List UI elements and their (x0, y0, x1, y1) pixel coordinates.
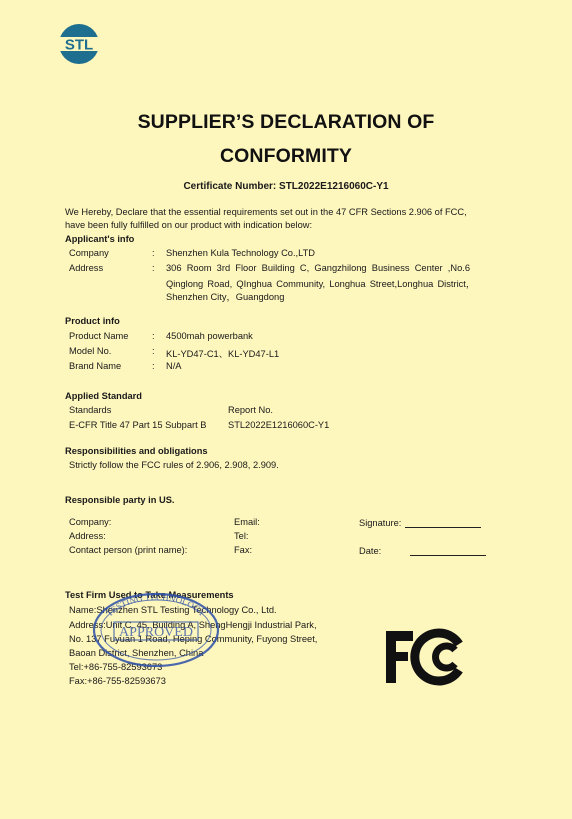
intro-line2: have been fully fulfilled on our product… (65, 219, 312, 232)
responsibilities-heading: Responsibilities and obligations (65, 445, 208, 458)
applicant-address-line2: Qinglong Road, QInghua Community, Longhu… (166, 276, 475, 290)
party-email-label: Email: (234, 517, 260, 527)
party-contact-label: Contact person (print name): (69, 545, 187, 555)
date-line (410, 545, 486, 556)
standards-header: Standards (69, 405, 111, 415)
document-title-line2: CONFORMITY (0, 145, 572, 168)
model-label: Model No. (69, 346, 111, 356)
test-firm-fax: Fax:+86-755-82593673 (69, 676, 166, 686)
standard-value: E-CFR Title 47 Part 15 Subpart B (69, 420, 206, 430)
separator: : (152, 263, 155, 273)
separator: : (152, 331, 155, 341)
separator: : (152, 346, 155, 356)
signature-label: Signature: (359, 518, 401, 528)
party-tel-label: Tel: (234, 531, 248, 541)
standard-heading: Applied Standard (65, 390, 142, 403)
separator: : (152, 248, 155, 258)
product-name-label: Product Name (69, 331, 128, 341)
stl-logo: STL (58, 23, 100, 65)
report-no-header: Report No. (228, 405, 273, 415)
applicant-address-label: Address (69, 263, 103, 273)
applicant-heading: Applicant's info (65, 233, 134, 246)
separator: : (152, 361, 155, 371)
signature-line (405, 517, 481, 528)
party-company-label: Company: (69, 517, 111, 527)
product-name-value: 4500mah powerbank (166, 331, 253, 341)
svg-text:STL: STL (65, 37, 93, 54)
product-heading: Product info (65, 315, 120, 328)
brand-value: N/A (166, 361, 182, 371)
date-label: Date: (359, 546, 381, 556)
report-no-value: STL2022E1216060C-Y1 (228, 420, 329, 430)
signature-field[interactable]: Signature: (359, 517, 481, 528)
date-field[interactable]: Date: (359, 545, 486, 556)
responsibilities-text: Strictly follow the FCC rules of 2.906, … (69, 460, 279, 470)
party-address-label: Address: (69, 531, 106, 541)
approved-stamp: TESTING TECHNOLOGY APPROVED (90, 588, 222, 668)
intro-line1: We Hereby, Declare that the essential re… (65, 206, 467, 219)
brand-label: Brand Name (69, 361, 121, 371)
svg-text:TESTING TECHNOLOGY: TESTING TECHNOLOGY (104, 592, 208, 619)
applicant-company-label: Company (69, 248, 109, 258)
applicant-company-value: Shenzhen Kula Technology Co.,LTD (166, 248, 315, 258)
svg-text:APPROVED: APPROVED (119, 625, 193, 640)
document-title-line1: SUPPLIER’S DECLARATION OF (0, 111, 572, 134)
certificate-number: Certificate Number: STL2022E1216060C-Y1 (0, 181, 572, 192)
responsible-party-heading: Responsible party in US. (65, 494, 175, 507)
applicant-address-line1: 306 Room 3rd Floor Building C, Gangzhilo… (166, 263, 470, 273)
fcc-logo (385, 628, 463, 686)
applicant-address-line3: Shenzhen City，Guangdong (166, 289, 284, 303)
model-value: KL-YD47-C1、KL-YD47-L1 (166, 346, 279, 360)
party-fax-label: Fax: (234, 545, 252, 555)
